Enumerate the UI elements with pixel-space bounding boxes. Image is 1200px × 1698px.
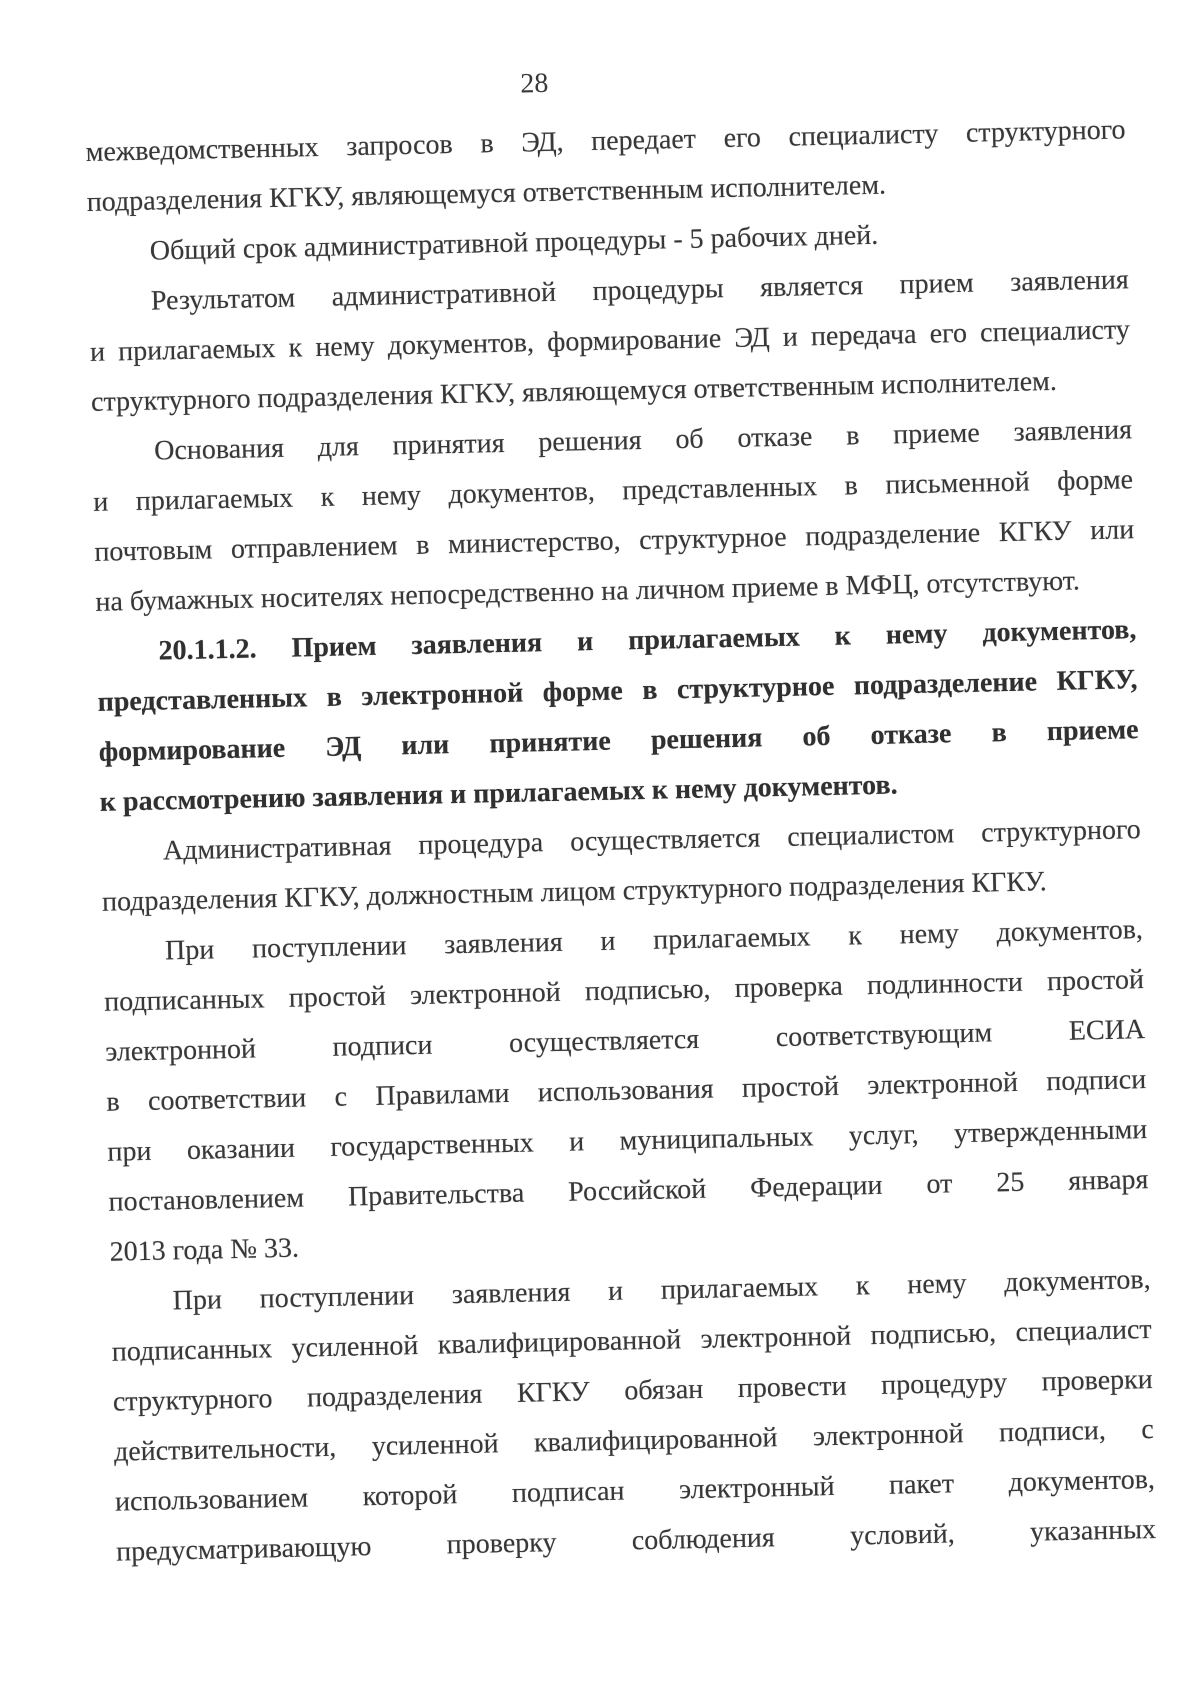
page-number: 28 bbox=[484, 65, 585, 103]
page-content: 28 межведомственных запросов в ЭД, перед… bbox=[84, 53, 1157, 1577]
paragraph: Результатом административной процедуры я… bbox=[88, 255, 1131, 428]
paragraph: 20.1.1.2. Прием заявления и прилагаемых … bbox=[96, 605, 1140, 828]
paragraph: При поступлении заявления и прилагаемых … bbox=[103, 905, 1150, 1278]
paragraph: Основания для принятия решения об отказе… bbox=[92, 405, 1136, 628]
scanned-document-page: 28 межведомственных запросов в ЭД, перед… bbox=[0, 0, 1200, 1698]
paragraph: При поступлении заявления и прилагаемых … bbox=[110, 1255, 1156, 1578]
document-body: межведомственных запросов в ЭД, передает… bbox=[85, 105, 1156, 1577]
